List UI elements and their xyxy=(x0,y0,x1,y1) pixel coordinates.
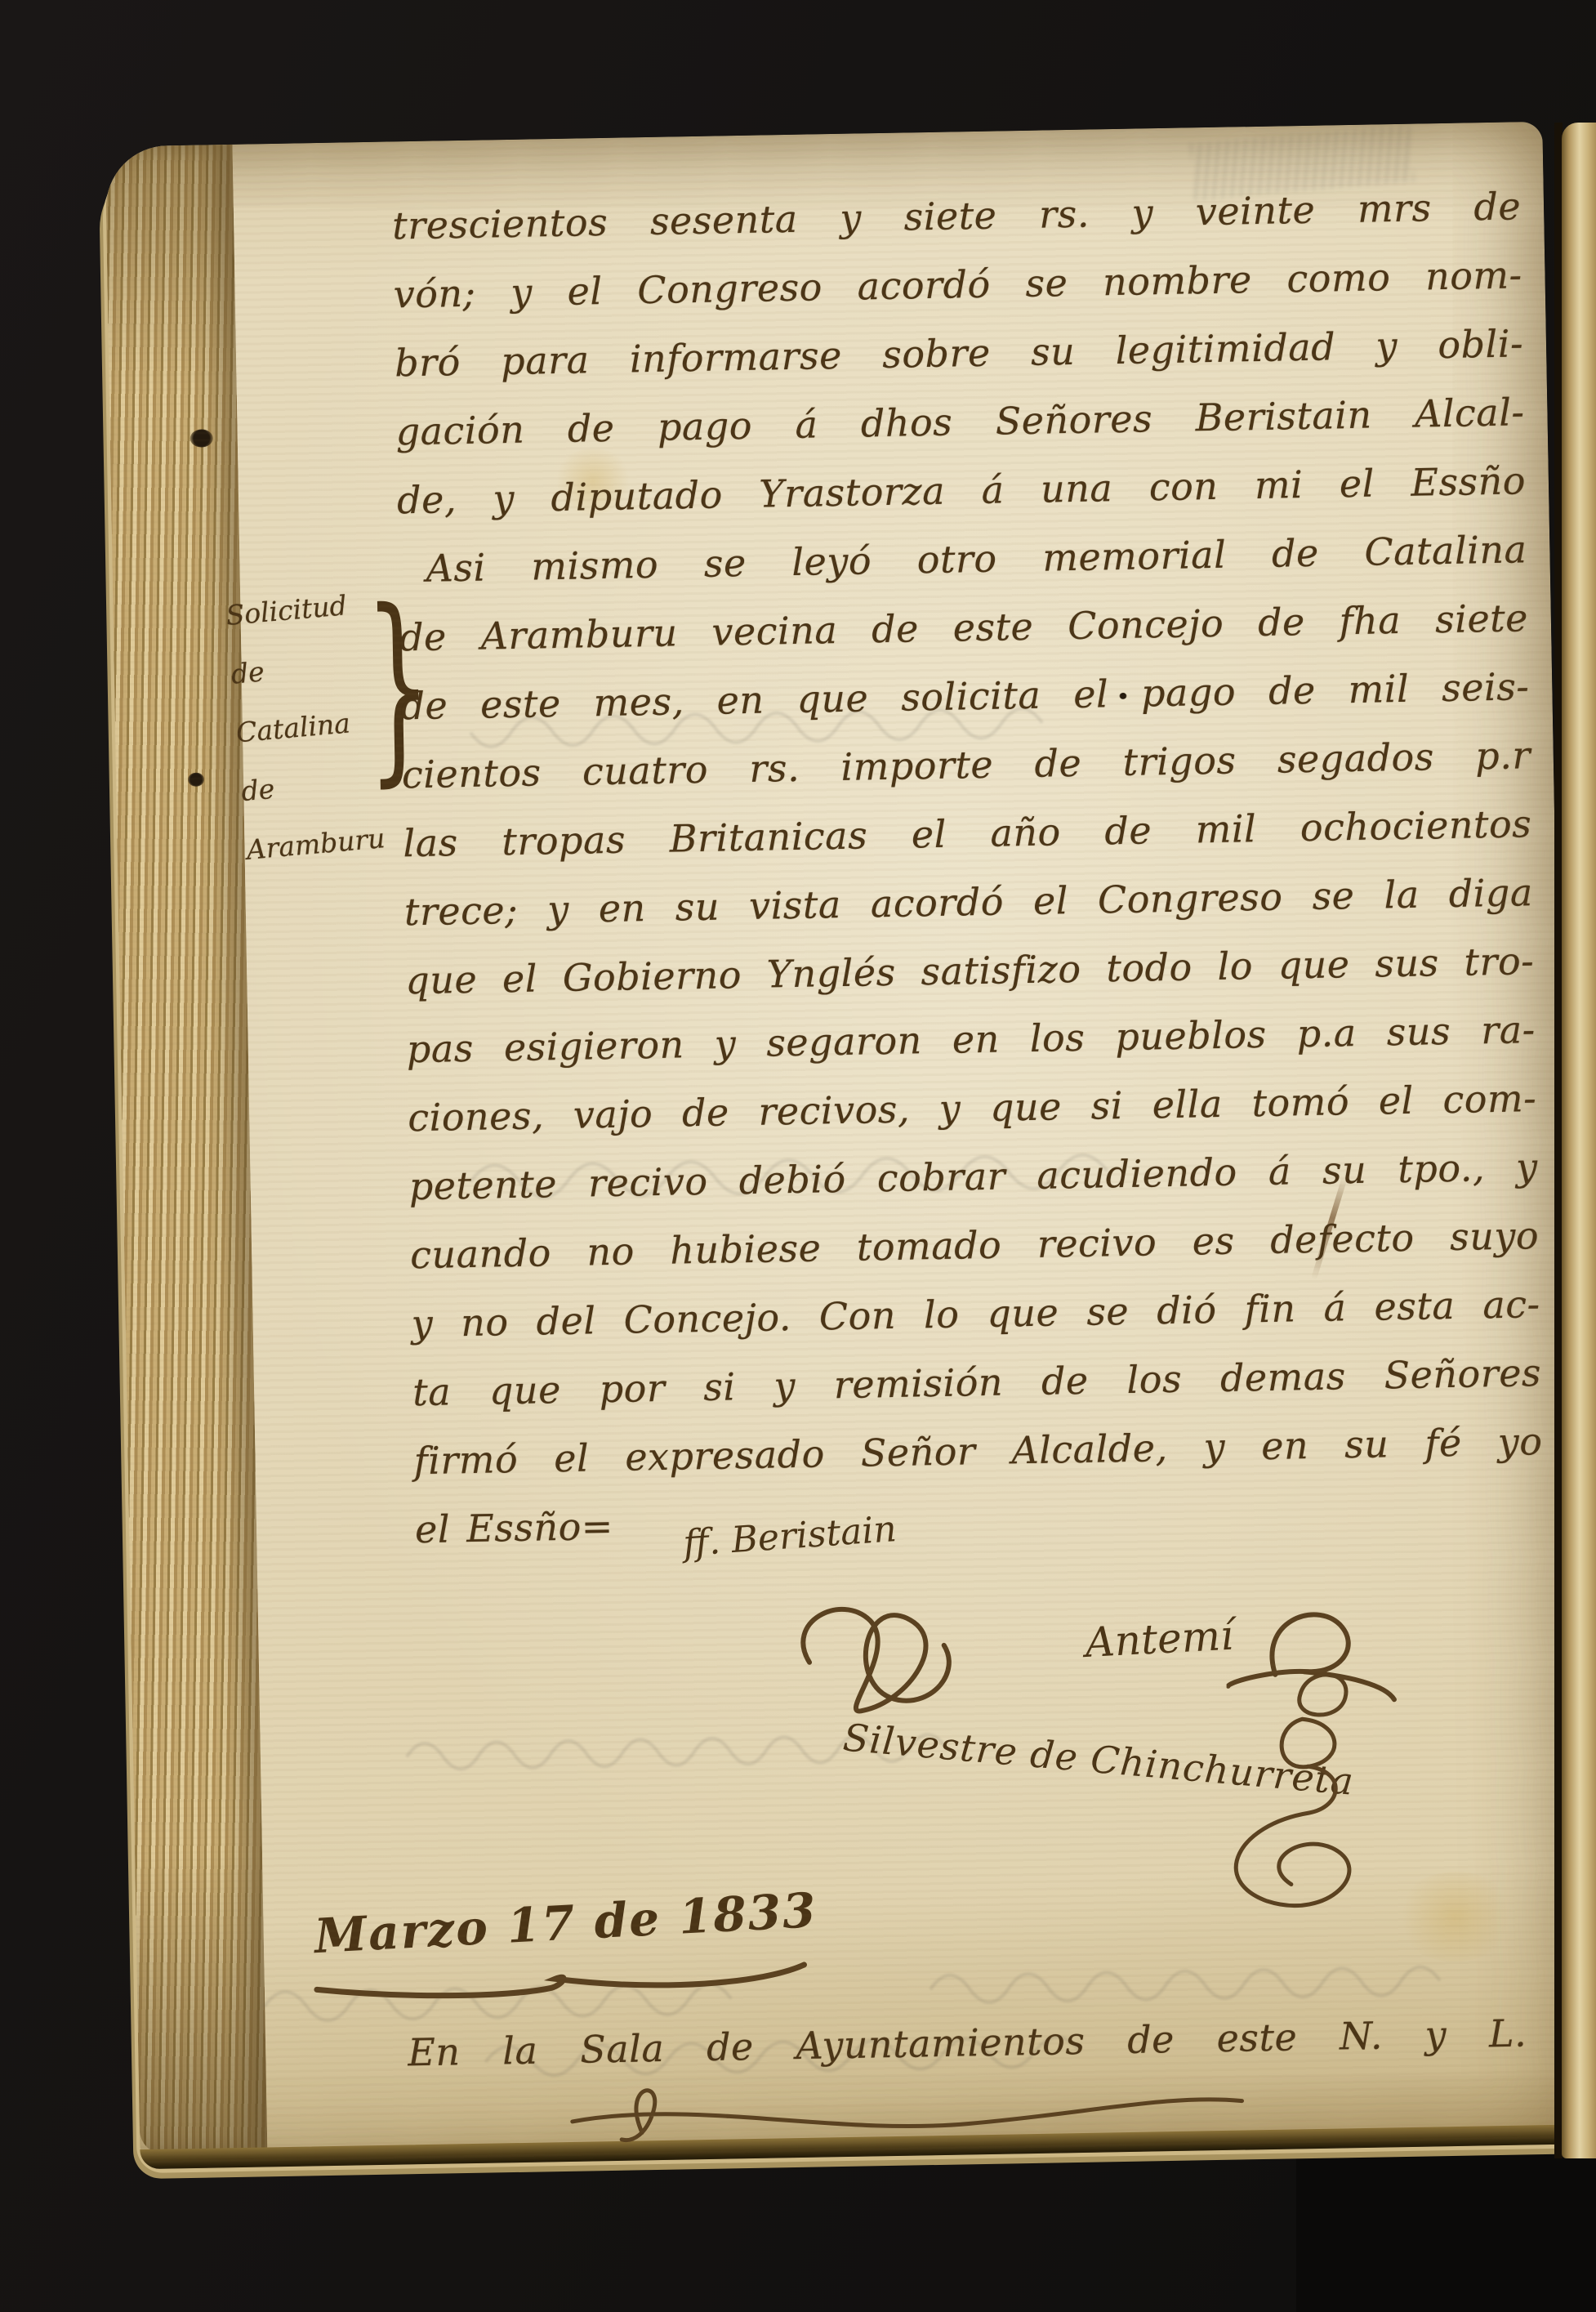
facing-page-fore-edge xyxy=(1562,123,1596,2158)
show-through-ghost xyxy=(260,1974,767,2032)
foxing-stain xyxy=(1393,1871,1518,1963)
alcalde-rubric-flourish xyxy=(775,1586,974,1728)
notary-signature: Silvestre de Chinchurreta xyxy=(841,1715,1356,1803)
attestation-flourish xyxy=(1225,1595,1398,1712)
margin-note-line: Aramburu xyxy=(244,808,404,880)
show-through-ghost xyxy=(921,1957,1445,2015)
body-text-block: trescientos sesenta y siete rs. y veinte… xyxy=(392,172,1545,1564)
date-heading: Marzo 17 de 1833 xyxy=(313,1882,818,1964)
manuscript-page: Solicitud de Catalina de Aramburu } tres… xyxy=(105,122,1578,2169)
attestation-antemi: Antemí xyxy=(1084,1612,1234,1667)
scan-backdrop: { "document": { "kind": "handwritten man… xyxy=(0,0,1596,2312)
